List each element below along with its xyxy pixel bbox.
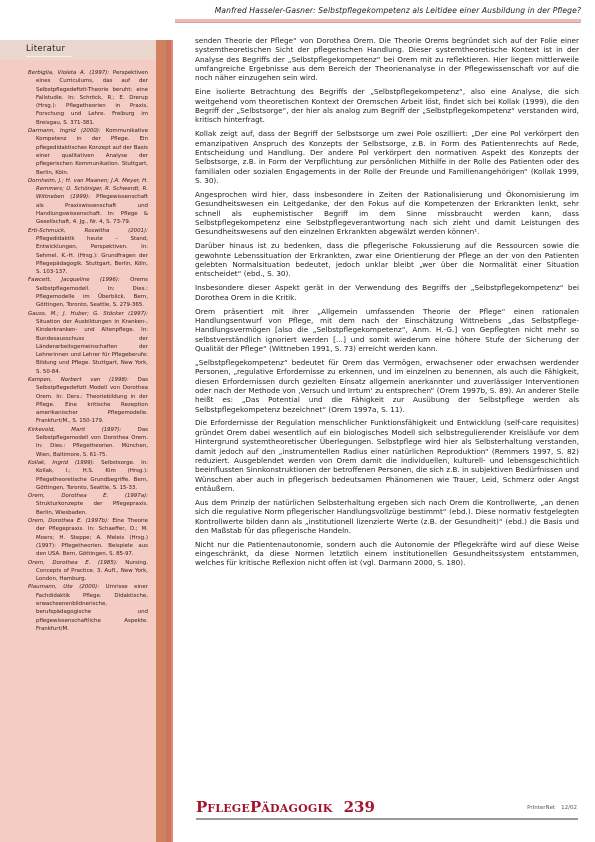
running-header: Manfred Hasseler-Gasner: Selbstpflegekom… <box>175 6 581 26</box>
reference-item: Orem, Dorothea E. (1997b): Eine Theorie … <box>28 517 148 558</box>
page-number: 239 <box>344 798 375 816</box>
body-paragraph: „Selbstpflegekompetenz“ bedeutet für Ore… <box>195 358 579 414</box>
body-paragraph: senden Theorie der Pflege“ von Dorothea … <box>195 36 579 83</box>
reference-item: Plaumann, Ute (2000): Umrisse einer Fach… <box>28 583 148 633</box>
body-paragraph: Aus dem Prinzip der natürlichen Selbster… <box>195 498 579 535</box>
reference-item: Darmann, Ingrid (2000): Kommunikative Ko… <box>28 127 148 177</box>
literature-heading-rule <box>26 56 72 57</box>
reference-item: Kampen, Norbert van (1998): Das Selbstpf… <box>28 376 148 426</box>
body-paragraph: Die Erfordernisse der Regulation menschl… <box>195 418 579 493</box>
vertical-rule-inner <box>171 40 173 842</box>
reference-item: Kollak, Ingrid (1999): Selbstsorge. In: … <box>28 459 148 492</box>
reference-item: Fawcett, Jacqueline (1996): Orems Selbst… <box>28 276 148 309</box>
literature-heading: Literatur <box>26 44 65 54</box>
reference-item: Kirkevold, Marit (1997): Das Selbstpfleg… <box>28 426 148 459</box>
reference-list: Berbiglia, Violeta A. (1997): Perspektiv… <box>28 69 148 633</box>
reference-item: Orem, Dorothea E. (1985): Nursing. Conce… <box>28 559 148 584</box>
body-paragraph: Angesprochen wird hier, dass insbesonder… <box>195 190 579 237</box>
sidebar-top-band <box>0 40 156 60</box>
body-paragraph: Eine isolierte Betrachtung des Begriffs … <box>195 87 579 124</box>
body-paragraph: Orem präsentiert mit ihrer „Allgemein um… <box>195 307 579 354</box>
running-title: Manfred Hasseler-Gasner: Selbstpflegekom… <box>215 6 581 15</box>
article-body: senden Theorie der Pflege“ von Dorothea … <box>195 36 579 572</box>
body-paragraph: Darüber hinaus ist zu bedenken, dass die… <box>195 241 579 278</box>
reference-item: Orem, Dorothea E. (1997a): Strukturkonze… <box>28 492 148 517</box>
body-paragraph: Nicht nur die Patientenautonomie, sonder… <box>195 540 579 568</box>
reference-item: Ertl-Schmuck, Roswitha (2001): Pflegedid… <box>28 227 148 277</box>
vertical-rule <box>156 40 166 842</box>
issue-info: PrInterNet12/02 <box>527 805 577 811</box>
body-paragraph: Kollak zeigt auf, dass der Begriff der S… <box>195 129 579 185</box>
reference-item: Berbiglia, Violeta A. (1997): Perspektiv… <box>28 69 148 127</box>
issue-number: 12/02 <box>561 805 577 811</box>
reference-item: Gauss, M.; J. Huber; G. Stöcker (1997): … <box>28 310 148 376</box>
issue-label: PrInterNet <box>527 805 555 811</box>
header-underline <box>175 19 581 23</box>
body-paragraph: Insbesondere dieser Aspekt gerät in der … <box>195 283 579 302</box>
footer-rule <box>196 818 578 820</box>
reference-item: Dornheim, J.; H. van Maanen; J.A. Meyer,… <box>28 177 148 227</box>
journal-logo: PFLEGEPÄDAGOGIK239 <box>196 797 375 816</box>
